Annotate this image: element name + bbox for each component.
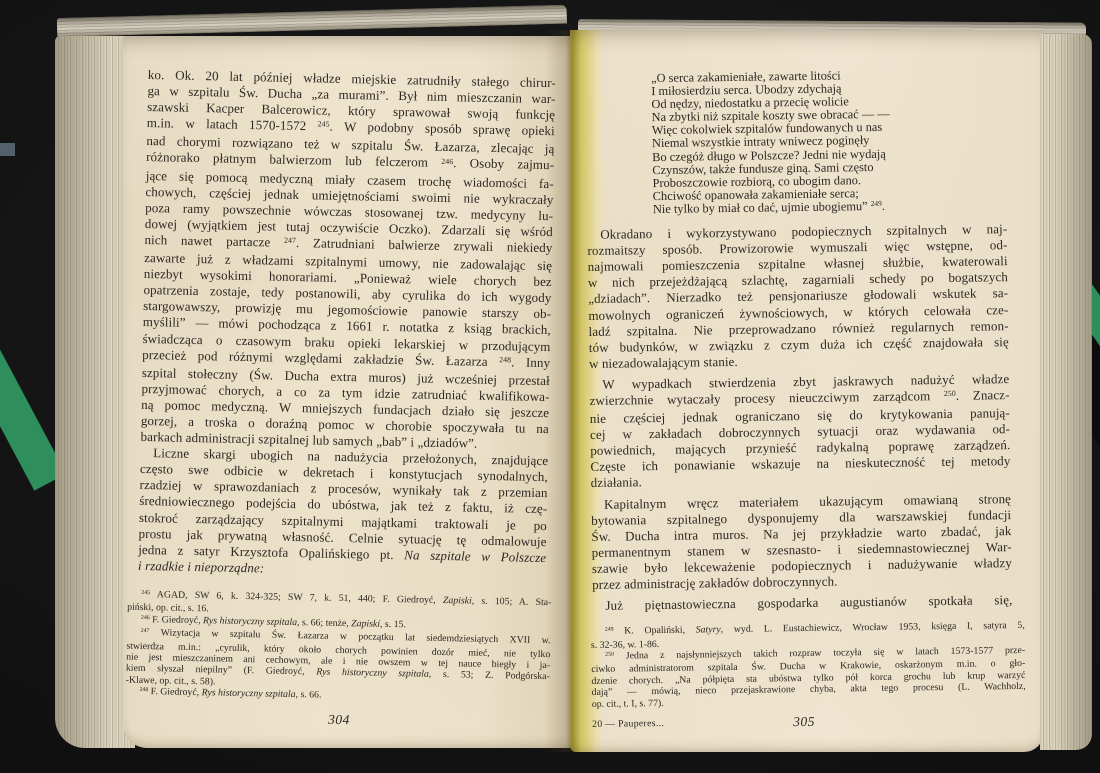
left-body-text: ko. Ok. 20 lat później władze miejskie z… xyxy=(138,67,556,582)
poem-quotation: „O serca zakamieniałe, zawarte litościI … xyxy=(651,67,993,217)
left-footnotes: 245 AGAD, SW 6, k. 324-325; SW 7, k. 51,… xyxy=(125,589,551,708)
paragraph: Okradano i wykorzystywano podopiecznych … xyxy=(587,221,1009,372)
paragraph: Już piętnastowieczna gospodarka augustia… xyxy=(592,592,1012,614)
right-page-text: „O serca zakamieniałe, zawarte litościI … xyxy=(585,67,1014,733)
paragraph: Kapitalnym wręcz materiałem ukazującym o… xyxy=(591,491,1012,593)
background-dash xyxy=(0,143,15,156)
text-line: Nie tylko by miał co dać, ujmie ubogiemu… xyxy=(653,198,993,217)
right-footnotes: 249 K. Opaliński, Satyry, wyd. L. Eustac… xyxy=(591,620,1026,710)
right-page: „O serca zakamieniałe, zawarte litościI … xyxy=(570,30,1092,752)
paragraph: W wypadkach stwierdzenia zbyt jaskrawych… xyxy=(589,371,1011,492)
left-page-top-edge xyxy=(57,5,567,37)
right-page-fore-edge xyxy=(1040,34,1092,750)
text-line: Już piętnastowieczna gospodarka augustia… xyxy=(592,592,1012,614)
printer-signature: 20 — Pauperes... xyxy=(592,718,664,730)
left-page: ko. Ok. 20 lat później władze miejskie z… xyxy=(55,36,570,748)
left-page-text: ko. Ok. 20 lat później władze miejskie z… xyxy=(135,67,556,732)
